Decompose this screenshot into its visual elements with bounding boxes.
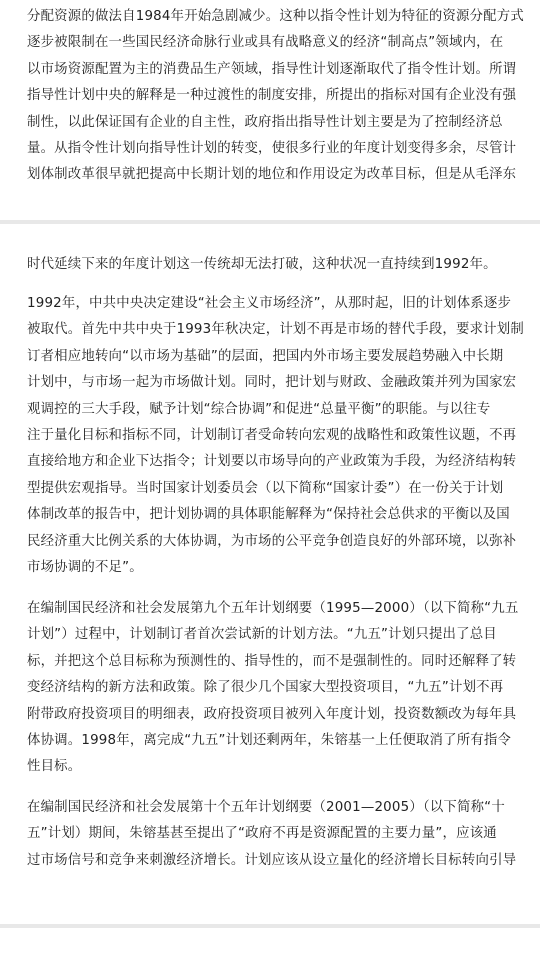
text-line: 观调控的三大手段，赋予计划“综合协调”和促进“总量平衡”的职能。与以往专	[27, 397, 513, 423]
paragraph: 时代延续下来的年度计划这一传统却无法打破，这种状况一直持续到1992年。	[27, 252, 513, 278]
text-line: 民经济重大比例关系的大体协调，为市场的公平竞争创造良好的外部环境，以弥补	[27, 529, 513, 555]
text-line: 性目标。	[27, 754, 513, 780]
text-line: 时代延续下来的年度计划这一传统却无法打破，这种状况一直持续到1992年。	[27, 252, 513, 278]
document-page-1: 分配资源的做法自1984年开始急剧减少。这种以指令性计划为特征的资源分配方式 逐…	[0, 0, 540, 220]
text-line: 体协调。1998年，离完成“九五”计划还剩两年，朱镕基一上任便取消了所有指令	[27, 728, 513, 754]
text-line: 被取代。首先中共中央于1993年秋决定，计划不再是市场的替代手段，要求计划制	[27, 317, 513, 343]
text-line: 型提供宏观指导。当时国家计划委员会（以下简称“国家计委”）在一份关于计划	[27, 476, 513, 502]
text-line: 在编制国民经济和社会发展第十个五年计划纲要（2001—2005）（以下简称“十	[27, 795, 513, 821]
text-line: 注于量化目标和指标不同，计划制订者受命转向宏观的战略性和政策性议题，不再	[27, 423, 513, 449]
text-line: 标，并把这个总目标称为预测性的、指导性的，而不是强制性的。同时还解释了转	[27, 649, 513, 675]
text-line: 量。从指令性计划向指导性计划的转变，使很多行业的年度计划变得多余，尽管计	[27, 136, 513, 162]
text-line: 市场协调的不足”。	[27, 555, 513, 581]
text-line: 体制改革的报告中，把计划协调的具体职能解释为“保持社会总供求的平衡以及国	[27, 502, 513, 528]
text-line: 以市场资源配置为主的消费品生产领域，指导性计划逐渐取代了指令性计划。所谓	[27, 57, 513, 83]
text-line: 订者相应地转向“以市场为基础”的层面，把国内外市场主要发展趋势融入中长期	[27, 344, 513, 370]
text-line: 划体制改革很早就把提高中长期计划的地位和作用设定为改革目标，但是从毛泽东	[27, 162, 513, 188]
text-line: 分配资源的做法自1984年开始急剧减少。这种以指令性计划为特征的资源分配方式	[27, 4, 513, 30]
text-line: 计划”）过程中，计划制订者首次尝试新的计划方法。“九五”计划只提出了总目	[27, 622, 513, 648]
text-line: 指导性计划中央的解释是一种过渡性的制度安排，所提出的指标对国有企业没有强	[27, 83, 513, 109]
document-page-3	[0, 928, 540, 960]
paragraph: 1992年，中共中央决定建设“社会主义市场经济”，从那时起，旧的计划体系逐步 被…	[27, 291, 513, 581]
text-line: 1992年，中共中央决定建设“社会主义市场经济”，从那时起，旧的计划体系逐步	[27, 291, 513, 317]
text-line: 附带政府投资项目的明细表，政府投资项目被列入年度计划，投资数额改为每年具	[27, 702, 513, 728]
text-line: 计划中，与市场一起为市场做计划。同时，把计划与财政、金融政策并列为国家宏	[27, 370, 513, 396]
text-line: 过市场信号和竞争来刺激经济增长。计划应该从设立量化的经济增长目标转向引导	[27, 848, 513, 874]
paragraph: 在编制国民经济和社会发展第十个五年计划纲要（2001—2005）（以下简称“十 …	[27, 795, 513, 874]
text-line: 五”计划）期间，朱镕基甚至提出了“政府不再是资源配置的主要力量”，应该通	[27, 821, 513, 847]
text-line: 在编制国民经济和社会发展第九个五年计划纲要（1995—2000）（以下简称“九五	[27, 596, 513, 622]
paragraph: 在编制国民经济和社会发展第九个五年计划纲要（1995—2000）（以下简称“九五…	[27, 596, 513, 781]
text-line: 直接给地方和企业下达指令；计划要以市场导向的产业政策为手段，为经济结构转	[27, 449, 513, 475]
text-line: 制性，以此保证国有企业的自主性，政府指出指导性计划主要是为了控制经济总	[27, 110, 513, 136]
text-line: 逐步被限制在一些国民经济命脉行业或具有战略意义的经济“制高点”领域内，在	[27, 30, 513, 56]
document-page-2: 时代延续下来的年度计划这一传统却无法打破，这种状况一直持续到1992年。 199…	[0, 224, 540, 924]
paragraph: 分配资源的做法自1984年开始急剧减少。这种以指令性计划为特征的资源分配方式 逐…	[27, 4, 513, 189]
text-line: 变经济结构的新方法和政策。除了很少几个国家大型投资项目，“九五”计划不再	[27, 675, 513, 701]
